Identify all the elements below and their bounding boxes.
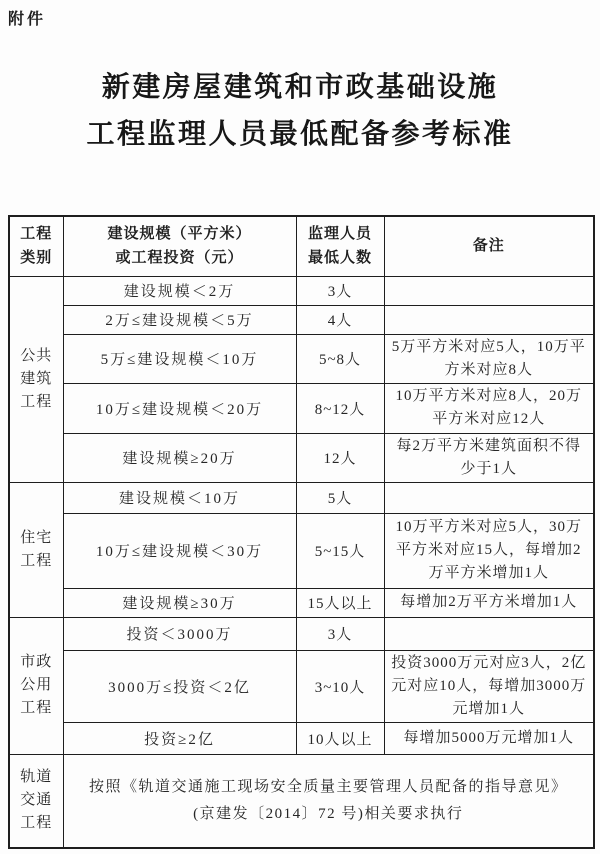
table-row: 3000万≤投资＜2亿 3~10人 投资3000万元对应3人，2亿元对应10人，… [9,650,594,722]
staffing-standards-table: 工程 类别 建设规模（平方米） 或工程投资（元） 监理人员 最低人数 备注 公共… [8,215,595,849]
count-cell: 5人 [296,482,384,513]
scale-cell: 5万≤建设规模＜10万 [63,334,296,383]
category-cell-residential: 住宅 工程 [9,482,63,617]
count-cell: 3人 [296,276,384,305]
remark-cell: 投资3000万元对应3人，2亿元对应10人，每增加3000万元增加1人 [384,650,594,722]
category-cell-rail-transit: 轨道 交通 工程 [9,754,63,848]
count-cell: 5~15人 [296,513,384,588]
col-header-min-personnel: 监理人员 最低人数 [296,216,384,276]
remark-cell [384,482,594,513]
attachment-label: 附件 [8,6,46,29]
table-row: 公共 建筑 工程 建设规模＜2万 3人 [9,276,594,305]
table-row: 5万≤建设规模＜10万 5~8人 5万平方米对应5人，10万平方米对应8人 [9,334,594,383]
table-row: 10万≤建设规模＜30万 5~15人 10万平方米对应5人，30万平方米对应15… [9,513,594,588]
table-row: 投资≥2亿 10人以上 每增加5000万元增加1人 [9,722,594,754]
table-row: 2万≤建设规模＜5万 4人 [9,305,594,334]
scale-cell: 10万≤建设规模＜30万 [63,513,296,588]
remark-cell: 10万平方米对应5人，30万平方米对应15人，每增加2万平方米增加1人 [384,513,594,588]
remark-cell: 每2万平方米建筑面积不得少于1人 [384,433,594,482]
document-title: 新建房屋建筑和市政基础设施 工程监理人员最低配备参考标准 [0,64,600,158]
count-cell: 3人 [296,617,384,650]
count-cell: 12人 [296,433,384,482]
table-row: 建设规模≥30万 15人以上 每增加2万平方米增加1人 [9,588,594,617]
table-row: 市政 公用 工程 投资＜3000万 3人 [9,617,594,650]
scale-cell: 投资≥2亿 [63,722,296,754]
count-cell: 5~8人 [296,334,384,383]
document-title-line-2: 工程监理人员最低配备参考标准 [0,111,600,158]
scale-cell: 建设规模≥20万 [63,433,296,482]
col-header-remark: 备注 [384,216,594,276]
rail-transit-note-cell: 按照《轨道交通施工现场安全质量主要管理人员配备的指导意见》 (京建发〔2014〕… [63,754,594,848]
table-row: 10万≤建设规模＜20万 8~12人 10万平方米对应8人，20万平方米对应12… [9,383,594,433]
scale-cell: 投资＜3000万 [63,617,296,650]
count-cell: 8~12人 [296,383,384,433]
table-row: 建设规模≥20万 12人 每2万平方米建筑面积不得少于1人 [9,433,594,482]
scale-cell: 建设规模≥30万 [63,588,296,617]
table-header-row: 工程 类别 建设规模（平方米） 或工程投资（元） 监理人员 最低人数 备注 [9,216,594,276]
scale-cell: 10万≤建设规模＜20万 [63,383,296,433]
count-cell: 10人以上 [296,722,384,754]
scale-cell: 建设规模＜10万 [63,482,296,513]
scale-cell: 建设规模＜2万 [63,276,296,305]
remark-cell: 5万平方米对应5人，10万平方米对应8人 [384,334,594,383]
remark-cell [384,276,594,305]
remark-cell: 每增加5000万元增加1人 [384,722,594,754]
category-cell-public-building: 公共 建筑 工程 [9,276,63,482]
count-cell: 4人 [296,305,384,334]
scale-cell: 2万≤建设规模＜5万 [63,305,296,334]
scale-cell: 3000万≤投资＜2亿 [63,650,296,722]
document-title-line-1: 新建房屋建筑和市政基础设施 [0,64,600,111]
remark-cell: 10万平方米对应8人，20万平方米对应12人 [384,383,594,433]
col-header-project-category: 工程 类别 [9,216,63,276]
remark-cell: 每增加2万平方米增加1人 [384,588,594,617]
count-cell: 3~10人 [296,650,384,722]
col-header-scale-or-investment: 建设规模（平方米） 或工程投资（元） [63,216,296,276]
remark-cell [384,617,594,650]
table-row: 住宅 工程 建设规模＜10万 5人 [9,482,594,513]
category-cell-municipal-utility: 市政 公用 工程 [9,617,63,754]
remark-cell [384,305,594,334]
count-cell: 15人以上 [296,588,384,617]
document-page: 附件 新建房屋建筑和市政基础设施 工程监理人员最低配备参考标准 工程 类别 建设… [0,0,600,854]
table-row: 轨道 交通 工程 按照《轨道交通施工现场安全质量主要管理人员配备的指导意见》 (… [9,754,594,848]
